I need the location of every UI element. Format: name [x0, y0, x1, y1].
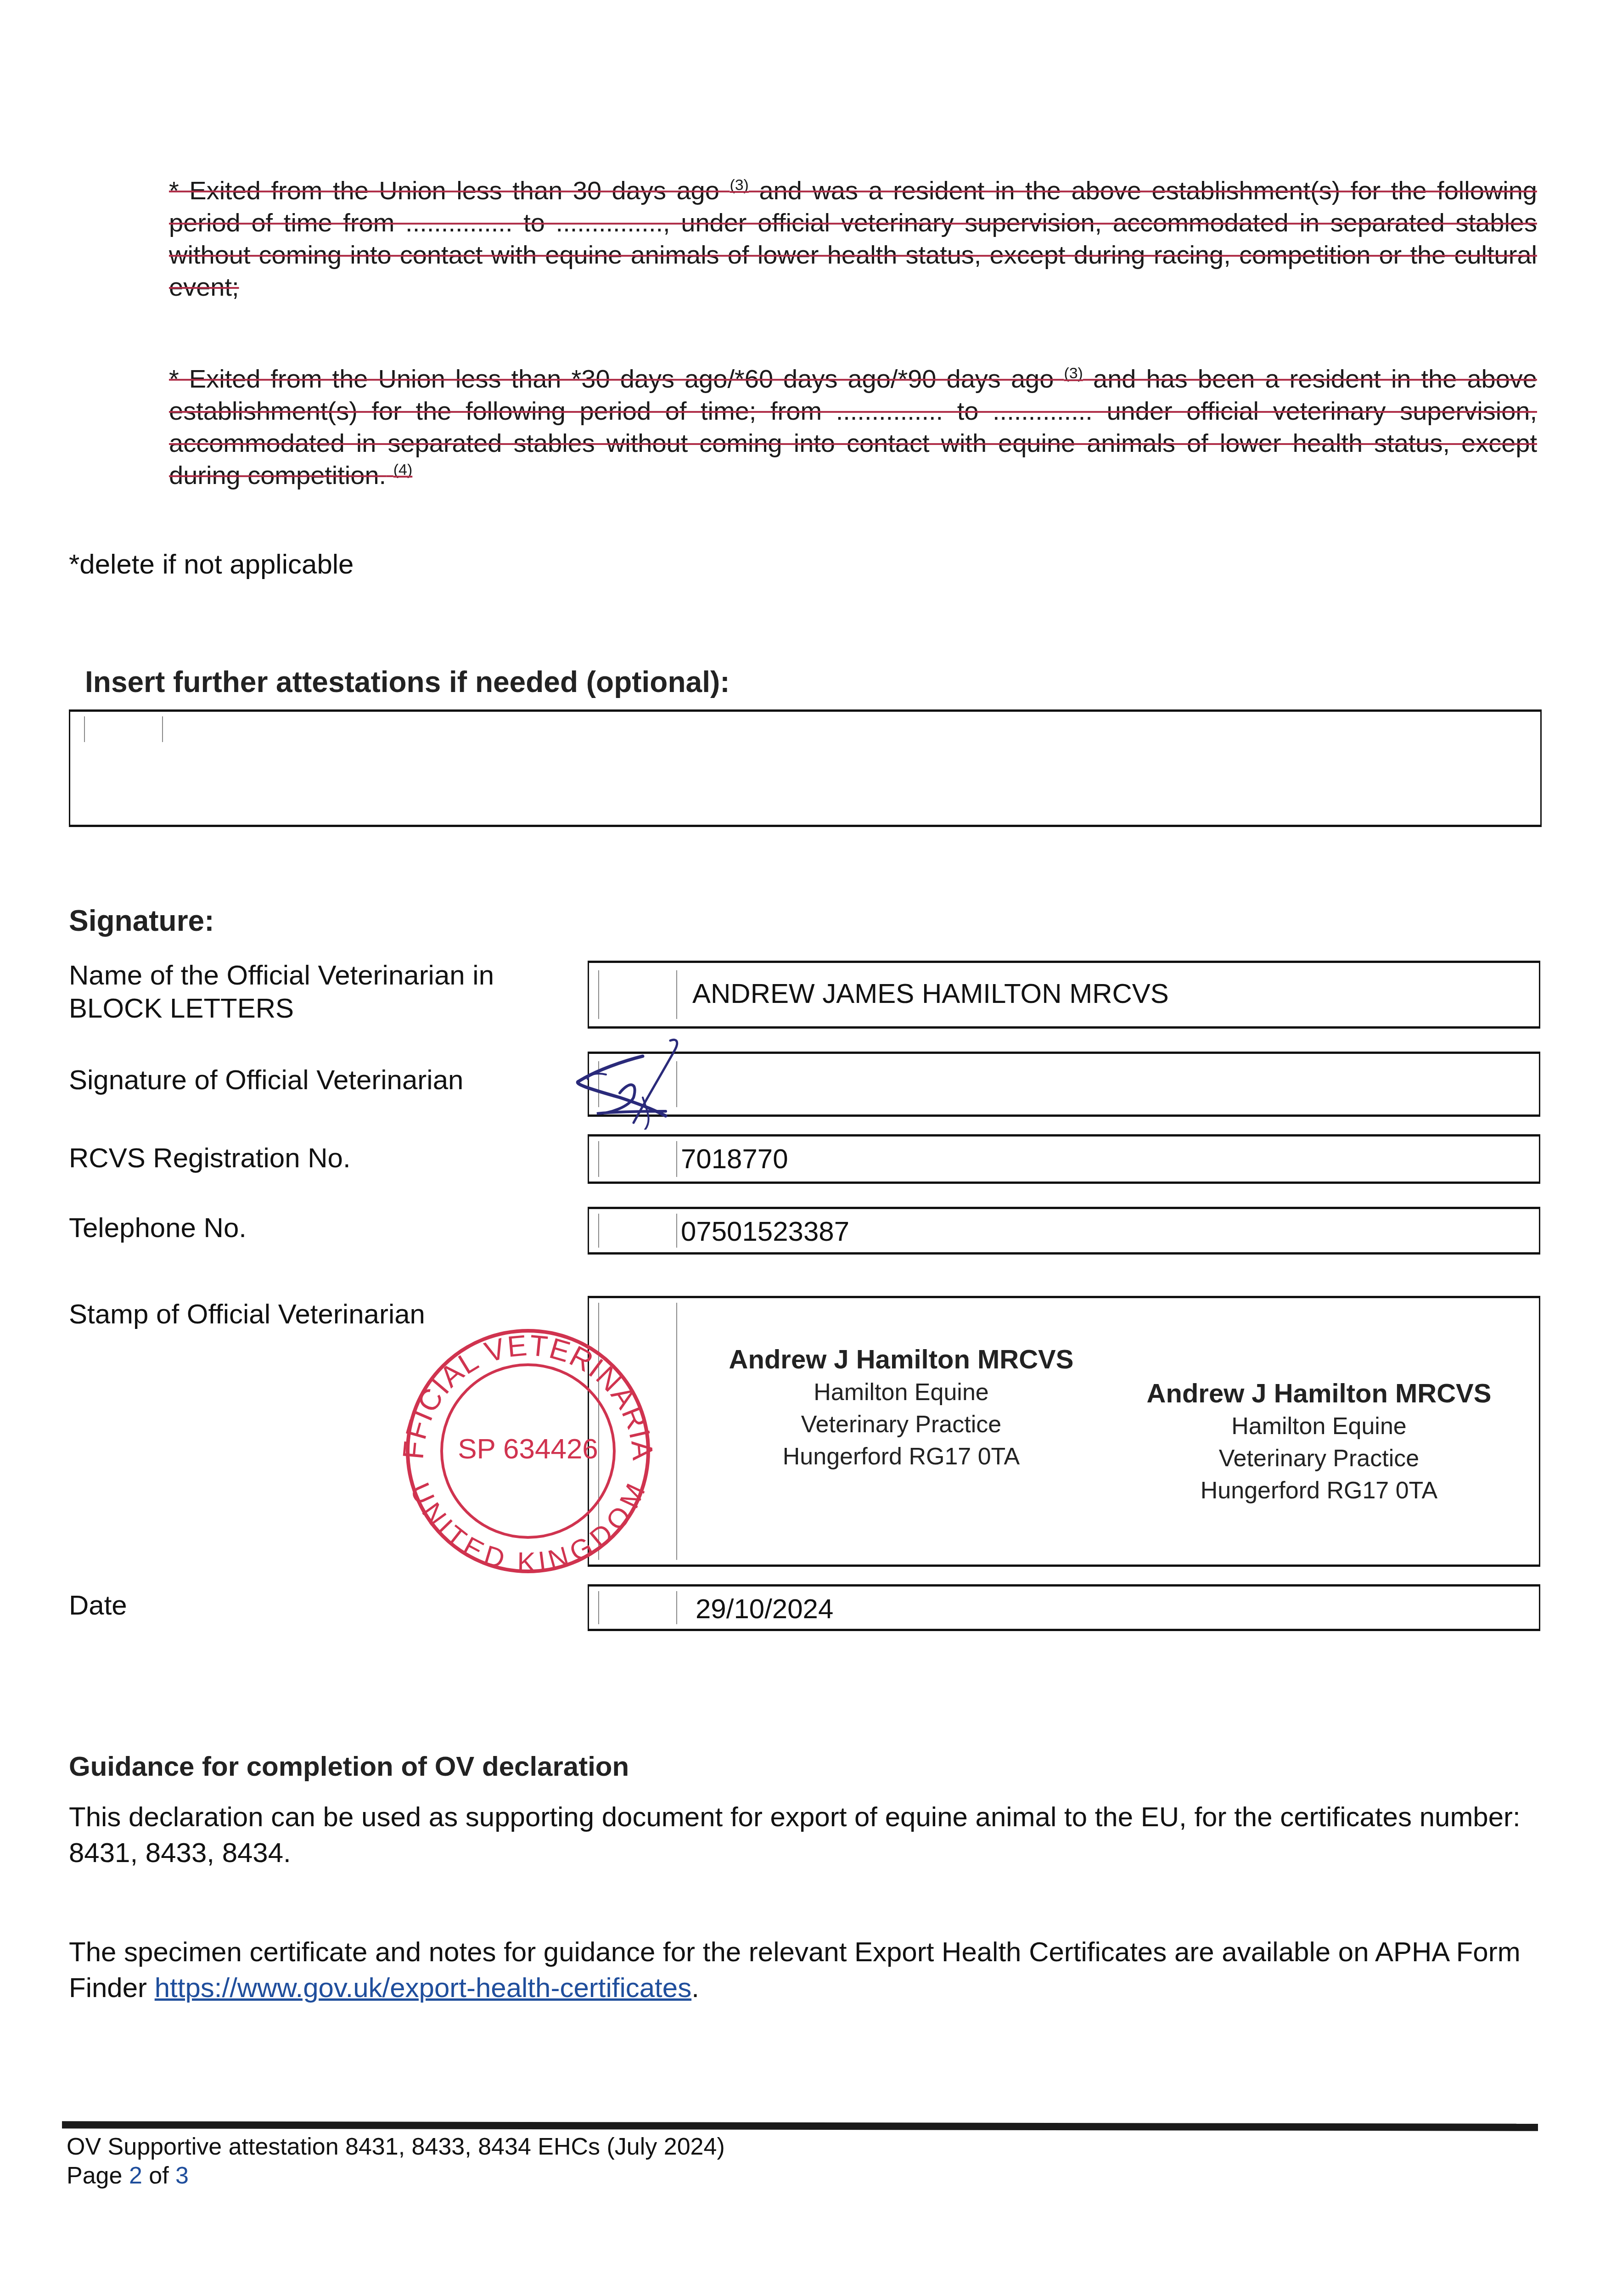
signature-heading: Signature:	[69, 904, 214, 938]
struck-paragraph-2: * Exited from the Union less than *30 da…	[169, 363, 1537, 491]
field-cursor-mark	[598, 970, 599, 1019]
date-label: Date	[69, 1589, 127, 1622]
field-cursor-mark	[676, 1591, 677, 1624]
guidance-paragraph-1: This declaration can be used as supporti…	[69, 1799, 1538, 1871]
struck-paragraph-1: * Exited from the Union less than 30 day…	[169, 174, 1537, 303]
delete-note: *delete if not applicable	[69, 546, 354, 582]
rcvs-label: RCVS Registration No.	[69, 1142, 351, 1175]
footnote-ref: (4)	[393, 461, 413, 478]
practice-stamp-2: Andrew J Hamilton MRCVS Hamilton Equine …	[1131, 1377, 1507, 1507]
field-cursor-mark	[676, 1303, 677, 1560]
field-cursor-mark	[598, 1214, 599, 1248]
further-attestations-field[interactable]	[69, 709, 1542, 827]
field-cursor-mark	[84, 716, 85, 742]
name-value: ANDREW JAMES HAMILTON MRCVS	[692, 978, 1169, 1009]
field-cursor-mark	[598, 1141, 599, 1177]
footer-rule	[62, 2121, 1538, 2131]
page-of: of	[142, 2162, 175, 2189]
footer-title: OV Supportive attestation 8431, 8433, 84…	[67, 2133, 725, 2161]
svg-text:UNITED KINGDOM: UNITED KINGDOM	[404, 1478, 651, 1577]
paragraph-text: * Exited from the Union less than *30 da…	[169, 364, 1064, 393]
page-current: 2	[129, 2162, 142, 2189]
stamp-practice-line: Hamilton Equine	[718, 1376, 1085, 1408]
field-cursor-mark	[162, 716, 163, 742]
footnote-ref: (3)	[1064, 365, 1083, 382]
practice-stamp-1: Andrew J Hamilton MRCVS Hamilton Equine …	[718, 1343, 1085, 1473]
stamp-label: Stamp of Official Veterinarian	[69, 1298, 425, 1331]
page-prefix: Page	[67, 2162, 129, 2189]
stamp-number: SP 634426	[399, 1433, 657, 1465]
date-field[interactable]: 29/10/2024	[588, 1584, 1540, 1631]
name-label: Name of the Official Veterinarian in BLO…	[69, 959, 551, 1025]
stamp-address-line: Hungerford RG17 0TA	[718, 1441, 1085, 1473]
telephone-field[interactable]: 07501523387	[588, 1207, 1540, 1255]
further-attestations-heading: Insert further attestations if needed (o…	[85, 665, 730, 699]
export-health-certificates-link[interactable]: https://www.gov.uk/export-health-certifi…	[155, 1972, 691, 2003]
field-cursor-mark	[676, 1141, 677, 1177]
field-cursor-mark	[676, 1214, 677, 1248]
handwritten-signature-icon	[569, 1038, 900, 1130]
guidance-heading: Guidance for completion of OV declaratio…	[69, 1750, 629, 1782]
field-cursor-mark	[598, 1591, 599, 1624]
telephone-label: Telephone No.	[69, 1211, 247, 1244]
stamp-practice-line: Veterinary Practice	[1131, 1442, 1507, 1474]
footer-page-number: Page 2 of 3	[67, 2162, 189, 2189]
paragraph-text: * Exited from the Union less than 30 day…	[169, 176, 730, 205]
signature-label: Signature of Official Veterinarian	[69, 1064, 463, 1097]
guidance-paragraph-2: The specimen certificate and notes for g…	[69, 1934, 1538, 2006]
page-total: 3	[175, 2162, 189, 2189]
date-value: 29/10/2024	[696, 1593, 833, 1625]
rcvs-value: 7018770	[681, 1143, 788, 1175]
guidance-paragraph-end: .	[691, 1972, 699, 2003]
stamp-vet-name: Andrew J Hamilton MRCVS	[1131, 1377, 1507, 1410]
stamp-vet-name: Andrew J Hamilton MRCVS	[718, 1343, 1085, 1376]
stamp-field[interactable]: Andrew J Hamilton MRCVS Hamilton Equine …	[588, 1296, 1540, 1567]
stamp-practice-line: Veterinary Practice	[718, 1408, 1085, 1441]
footnote-ref: (3)	[730, 176, 749, 194]
official-veterinarian-stamp: OFFICIAL VETERINARIAN UNITED KINGDOM SP …	[399, 1322, 657, 1580]
field-cursor-mark	[676, 970, 677, 1019]
rcvs-field[interactable]: 7018770	[588, 1134, 1540, 1184]
name-field[interactable]: ANDREW JAMES HAMILTON MRCVS	[588, 961, 1540, 1029]
stamp-practice-line: Hamilton Equine	[1131, 1410, 1507, 1442]
telephone-value: 07501523387	[681, 1216, 849, 1247]
stamp-address-line: Hungerford RG17 0TA	[1131, 1474, 1507, 1507]
